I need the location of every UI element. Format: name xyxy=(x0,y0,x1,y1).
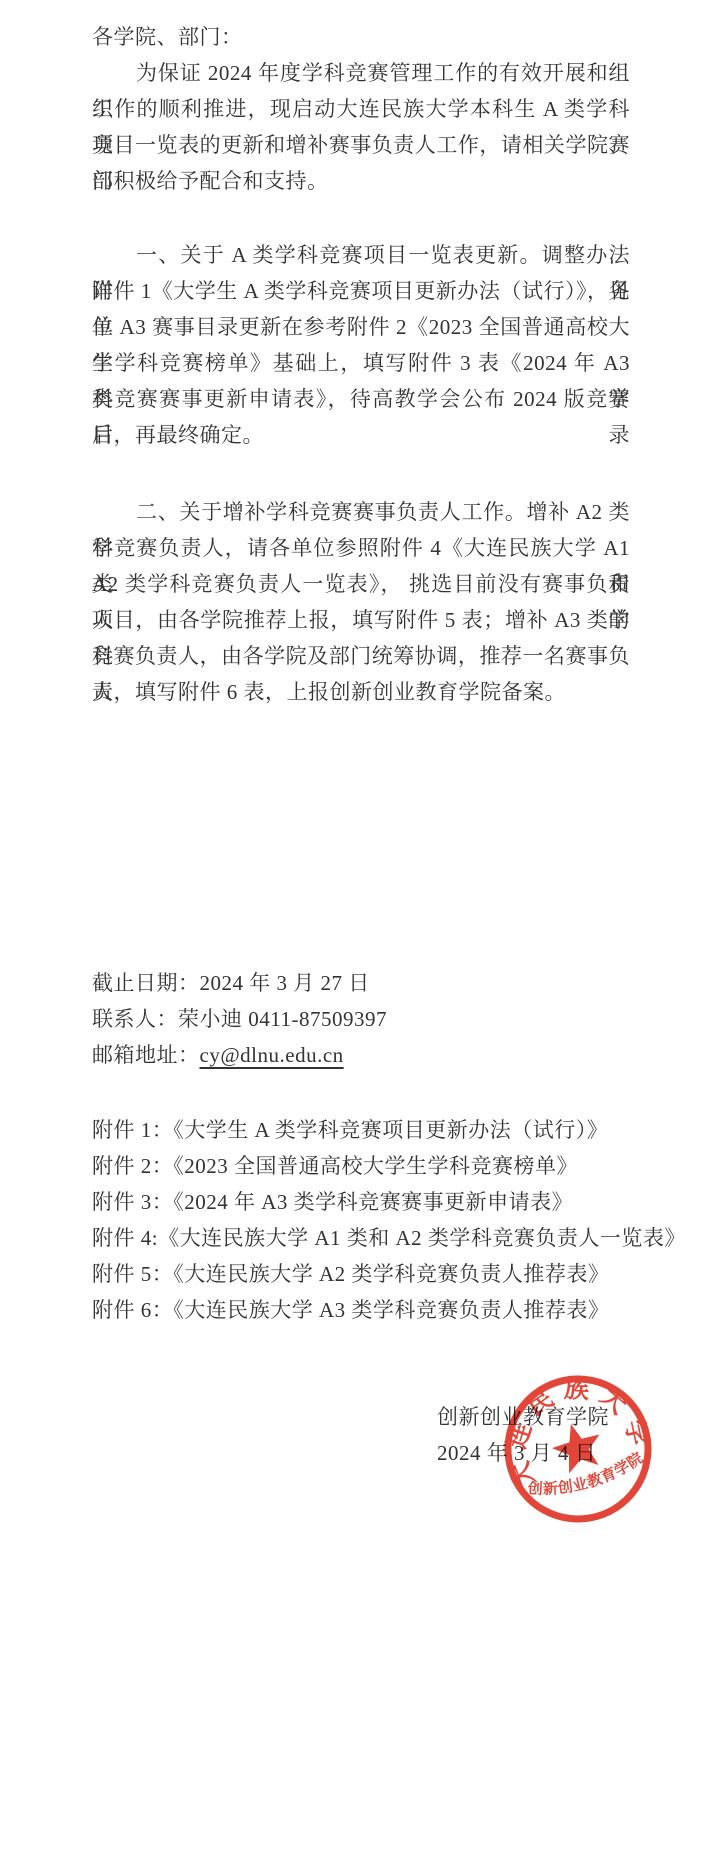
body-line: 为保证 2024 年度学科竞赛管理工作的有效开展和组织 xyxy=(92,55,630,91)
paragraph-item-two: 二、关于增补学科竞赛赛事负责人工作。增补 A2 类学 科竞赛负责人，请各单位参照… xyxy=(92,494,630,710)
body-line: 一、关于 A 类学科竞赛项目一览表更新。调整办法详见 xyxy=(92,237,630,273)
salutation: 各学院、部门： xyxy=(92,19,630,55)
contact-person-line: 联系人：荣小迪 0411-87509397 xyxy=(92,1001,630,1037)
body-line: 科竞赛赛事更新申请表》，待高教学会公布 2024 版竞赛目录 xyxy=(92,381,630,417)
paragraph-intro: 为保证 2024 年度学科竞赛管理工作的有效开展和组织 工作的顺利推进，现启动大… xyxy=(92,55,630,199)
paragraph-item-one: 一、关于 A 类学科竞赛项目一览表更新。调整办法详见 附件 1《大学生 A 类学… xyxy=(92,237,630,453)
body-line: 竞赛负责人，由各学院及部门统筹协调，推荐一名赛事负责 xyxy=(92,638,630,674)
email-label: 邮箱地址： xyxy=(92,1043,200,1067)
body-line: 附件 1《大学生 A 类学科竞赛项目更新办法（试行）》，各单 xyxy=(92,273,630,309)
attachments-block: 附件 1：《大学生 A 类学科竞赛项目更新办法（试行）》 附件 2：《2023 … xyxy=(92,1112,630,1328)
body-line: 二、关于增补学科竞赛赛事负责人工作。增补 A2 类学 xyxy=(92,494,630,530)
attachment-item-6: 附件 6：《大连民族大学 A3 类学科竞赛负责人推荐表》 xyxy=(92,1292,630,1328)
signature-date: 2024 年 3 月 4 日 xyxy=(437,1435,637,1471)
signature-org: 创新创业教育学院 xyxy=(437,1399,637,1435)
body-line: 人，填写附件 6 表，上报创新创业教育学院备案。 xyxy=(92,674,630,710)
body-line: 科竞赛负责人，请各单位参照附件 4《大连民族大学 A1 类和 xyxy=(92,530,630,566)
attachment-item-3: 附件 3：《2024 年 A3 类学科竞赛赛事更新申请表》 xyxy=(92,1184,630,1220)
body-line: A2 类学科竞赛负责人一览表》， 挑选目前没有赛事负责人的 xyxy=(92,566,630,602)
signature-block: 创新创业教育学院 2024 年 3 月 4 日 xyxy=(437,1399,637,1471)
salutation-block: 各学院、部门： xyxy=(92,19,630,55)
body-line: 项目，由各学院推荐上报，填写附件 5 表；增补 A3 类学科 xyxy=(92,602,630,638)
body-line: 项目一览表的更新和增补赛事负责人工作，请相关学院、部 xyxy=(92,127,630,163)
attachment-item-4: 附件 4:《大连民族大学 A1 类和 A2 类学科竞赛负责人一览表》 xyxy=(92,1220,630,1256)
attachment-item-1: 附件 1：《大学生 A 类学科竞赛项目更新办法（试行）》 xyxy=(92,1112,630,1148)
notice-document-page: 各学院、部门： 为保证 2024 年度学科竞赛管理工作的有效开展和组织 工作的顺… xyxy=(0,0,720,1855)
body-line: 位 A3 赛事目录更新在参考附件 2《2023 全国普通高校大学 xyxy=(92,309,630,345)
contact-block: 截止日期：2024 年 3 月 27 日 联系人：荣小迪 0411-875093… xyxy=(92,965,630,1073)
body-line: 门积极给予配合和支持。 xyxy=(92,163,630,199)
email-link[interactable]: cy@dlnu.edu.cn xyxy=(200,1043,344,1067)
attachment-item-5: 附件 5：《大连民族大学 A2 类学科竞赛负责人推荐表》 xyxy=(92,1256,630,1292)
attachment-item-2: 附件 2：《2023 全国普通高校大学生学科竞赛榜单》 xyxy=(92,1148,630,1184)
deadline-line: 截止日期：2024 年 3 月 27 日 xyxy=(92,965,630,1001)
body-line: 工作的顺利推进，现启动大连民族大学本科生 A 类学科竞赛 xyxy=(92,91,630,127)
body-line: 生学科竞赛榜单》基础上，填写附件 3 表《2024 年 A3 类学 xyxy=(92,345,630,381)
email-line: 邮箱地址：cy@dlnu.edu.cn xyxy=(92,1037,630,1073)
